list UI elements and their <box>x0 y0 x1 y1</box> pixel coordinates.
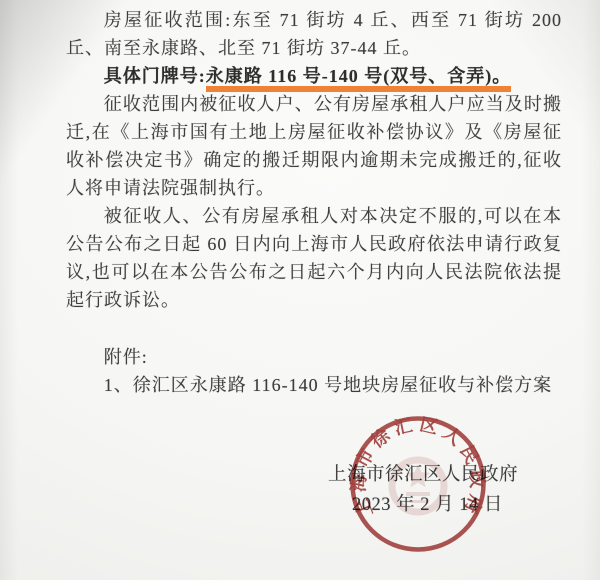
notice-body: 房屋征收范围:东至 71 街坊 4 丘、西至 71 街坊 200 丘、南至永康路… <box>66 6 562 399</box>
signature-date: 2023 年 2 月 14 日 <box>352 490 503 516</box>
address-label: 具体门牌号: <box>104 66 206 86</box>
paragraph-relocation: 征收范围内被征收人户、公有房屋承租人户应当及时搬迁,在《上海市国有土地上房屋征收… <box>66 90 562 202</box>
signature-issuer: 上海市徐汇区人民政府 <box>328 460 518 486</box>
paragraph-address: 具体门牌号:永康路 116 号-140 号(双号、含弄)。 <box>66 62 562 90</box>
attachment-item: 1、徐汇区永康路 116-140 号地块房屋征收与补偿方案 <box>66 371 562 399</box>
scope-label: 房屋征收范围: <box>104 10 231 30</box>
document-photo: 房屋征收范围:东至 71 街坊 4 丘、西至 71 街坊 200 丘、南至永康路… <box>0 0 600 580</box>
address-highlighted-text: 永康路 116 号-140 号(双号、含弄)。 <box>206 66 512 92</box>
paragraph-appeal: 被征收人、公有房屋承租人对本决定不服的,可以在本公告公布之日起 60 日内向上海… <box>66 202 562 314</box>
paragraph-scope: 房屋征收范围:东至 71 街坊 4 丘、西至 71 街坊 200 丘、南至永康路… <box>66 6 562 62</box>
attachment-label: 附件: <box>66 343 562 371</box>
